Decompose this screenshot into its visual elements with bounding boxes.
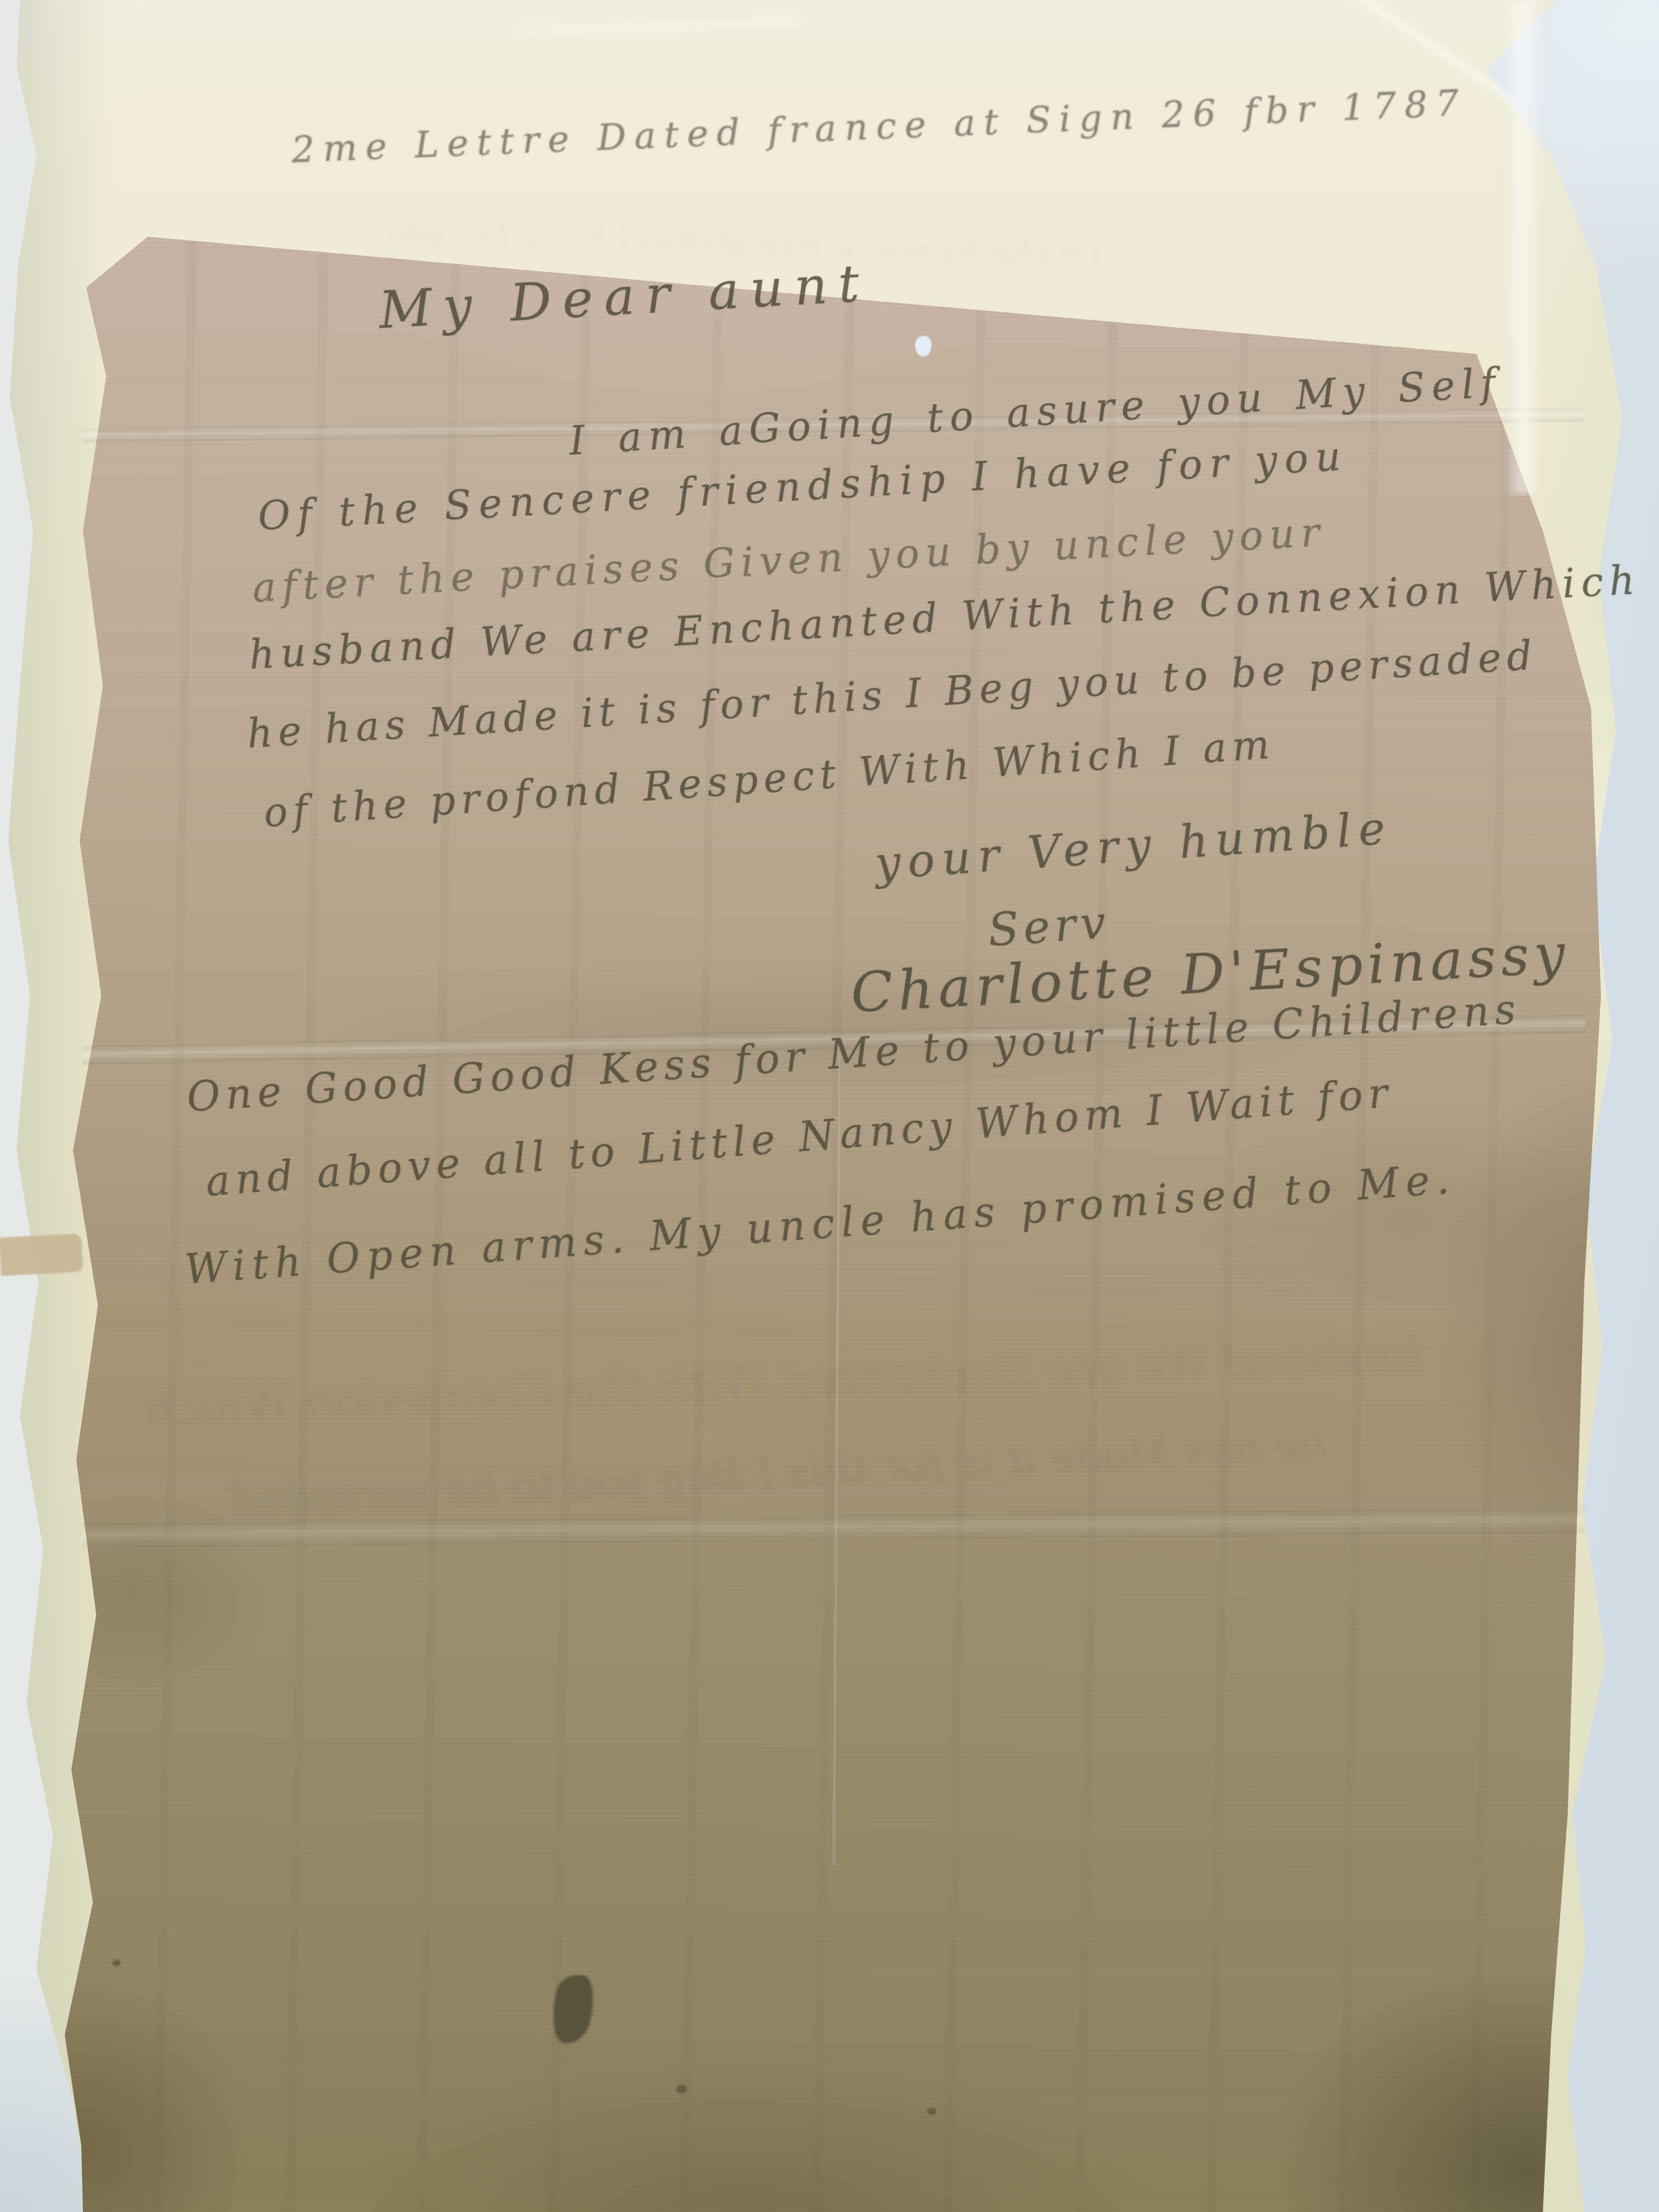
sleeve-edge-highlight bbox=[1504, 0, 1543, 494]
ink-speck bbox=[927, 2108, 936, 2115]
paper-tab bbox=[0, 1233, 83, 1276]
photo-of-letter: husband We are Enchanted With the Connex… bbox=[0, 0, 1659, 2212]
ink-speck bbox=[676, 2085, 687, 2093]
ink-speck bbox=[112, 1960, 121, 1966]
